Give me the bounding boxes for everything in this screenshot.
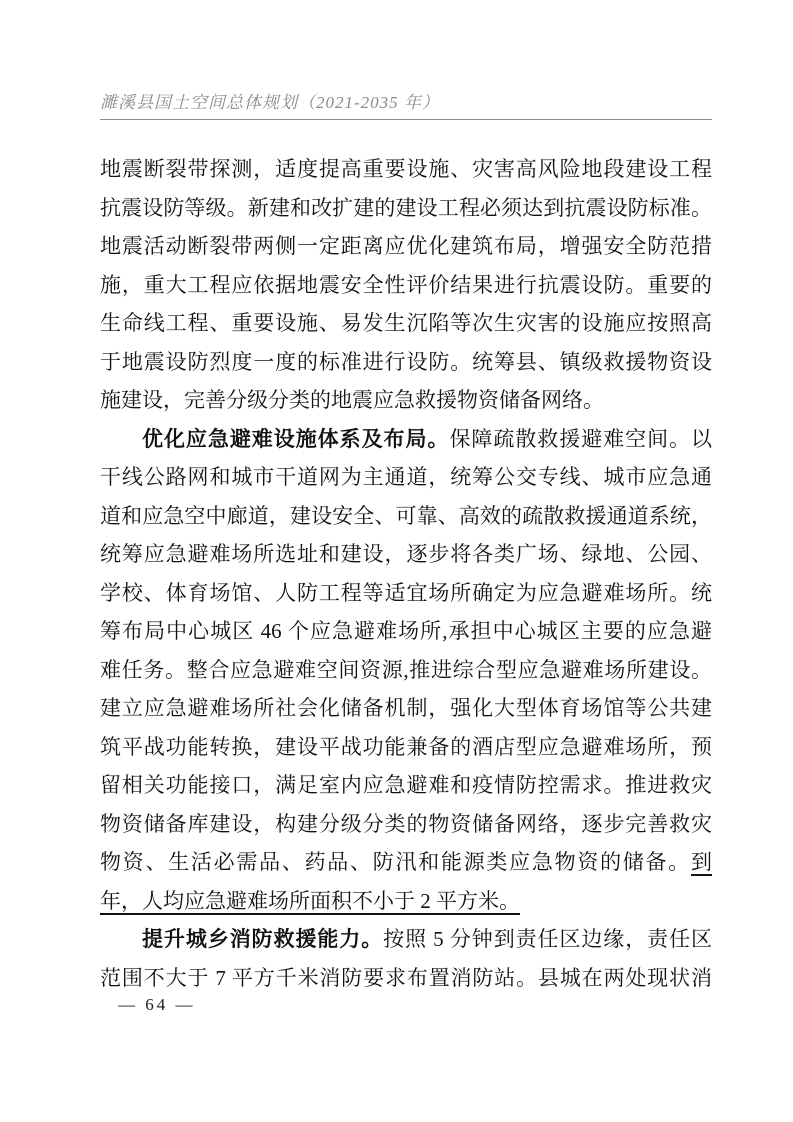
text-line: 年，人均应急避难场所面积不小于 2 平方米。 [100,882,712,921]
text-segment: 按照 5 分钟到责任区边缘，责任区 [383,927,712,951]
text-line: 生命线工程、重要设施、易发生沉陷等次生灾害的设施应按照高 [100,304,712,343]
text-segment: 筹布局中心城区 46 个应急避难场所,承担中心城区主要的应急避 [100,619,712,643]
text-segment: 抗震设防等级。新建和改扩建的建设工程必须达到抗震设防标准。 [100,196,712,220]
text-line: 施，重大工程应依据地震安全性评价结果进行抗震设防。重要的 [100,266,712,305]
page-number: — 64 — [118,995,196,1014]
text-segment: 范围不大于 7 平方千米消防要求布置消防站。县城在两处现状消 [100,966,712,990]
text-line: 优化应急避难设施体系及布局。保障疏散救援避难空间。以 [100,420,712,459]
text-line: 建立应急避难场所社会化储备机制，强化大型体育场馆等公共建 [100,689,712,728]
text-line: 地震断裂带探测，适度提高重要设施、灾害高风险地段建设工程 [100,150,712,189]
text-line: 干线公路网和城市干道网为主通道，统筹公交专线、城市应急通 [100,458,712,497]
text-line: 范围不大于 7 平方千米消防要求布置消防站。县城在两处现状消 [100,959,712,998]
header-title: 濉溪县国土空间总体规划（2021-2035 年） [100,88,712,113]
text-segment: 保障疏散救援避难空间。以 [449,427,712,451]
bold-lead-text: 提升城乡消防救援能力。 [142,927,383,951]
underlined-text: 年，人均应急避难场所面积不小于 2 平方米。 [100,889,520,913]
text-line: 留相关功能接口，满足室内应急避难和疫情防控需求。推进救灾 [100,766,712,805]
body-text: 地震断裂带探测，适度提高重要设施、灾害高风险地段建设工程抗震设防等级。新建和改扩… [100,150,712,997]
text-line: 学校、体育场馆、人防工程等适宜场所确定为应急避难场所。统 [100,574,712,613]
text-line: 提升城乡消防救援能力。按照 5 分钟到责任区边缘，责任区 [100,920,712,959]
text-line: 难任务。整合应急避难空间资源,推进综合型应急避难场所建设。 [100,651,712,690]
text-segment: 施，重大工程应依据地震安全性评价结果进行抗震设防。重要的 [100,273,712,297]
text-line: 道和应急空中廊道，建设安全、可靠、高效的疏散救援通道系统， [100,497,712,536]
text-line: 施建设，完善分级分类的地震应急救援物资储备网络。 [100,381,712,420]
text-segment: 生命线工程、重要设施、易发生沉陷等次生灾害的设施应按照高 [100,311,712,335]
text-line: 抗震设防等级。新建和改扩建的建设工程必须达到抗震设防标准。 [100,189,712,228]
text-segment: 于地震设防烈度一度的标准进行设防。统筹县、镇级救援物资设 [100,350,712,374]
page-header: 濉溪县国土空间总体规划（2021-2035 年） [100,88,712,113]
bold-lead-text: 优化应急避难设施体系及布局。 [142,427,449,451]
text-line: 物资、生活必需品、药品、防汛和能源类应急物资的储备。到 2035 [100,843,712,882]
text-segment: 地震断裂带探测，适度提高重要设施、灾害高风险地段建设工程 [100,157,712,181]
text-segment: 物资、生活必需品、药品、防汛和能源类应急物资的储备。 [100,850,691,874]
document-page: 濉溪县国土空间总体规划（2021-2035 年） 地震断裂带探测，适度提高重要设… [0,0,793,1122]
text-segment: 物资储备库建设，构建分级分类的物资储备网络，逐步完善救灾 [100,812,712,836]
text-segment: 干线公路网和城市干道网为主通道，统筹公交专线、城市应急通 [100,465,712,489]
text-segment: 学校、体育场馆、人防工程等适宜场所确定为应急避难场所。统 [100,581,712,605]
text-line: 于地震设防烈度一度的标准进行设防。统筹县、镇级救援物资设 [100,343,712,382]
text-line: 地震活动断裂带两侧一定距离应优化建筑布局，增强安全防范措 [100,227,712,266]
text-segment: 留相关功能接口，满足室内应急避难和疫情防控需求。推进救灾 [100,773,712,797]
page-footer: — 64 — [118,995,196,1015]
text-line: 物资储备库建设，构建分级分类的物资储备网络，逐步完善救灾 [100,805,712,844]
text-segment: 统筹应急避难场所选址和建设，逐步将各类广场、绿地、公园、 [100,542,712,566]
text-segment: 难任务。整合应急避难空间资源,推进综合型应急避难场所建设。 [100,658,712,682]
text-segment: 施建设，完善分级分类的地震应急救援物资储备网络。 [100,388,604,412]
text-segment: 筑平战功能转换，建设平战功能兼备的酒店型应急避难场所，预 [100,735,712,759]
text-segment: 地震活动断裂带两侧一定距离应优化建筑布局，增强安全防范措 [100,234,712,258]
text-segment: 道和应急空中廊道，建设安全、可靠、高效的疏散救援通道系统， [100,504,712,528]
text-line: 筑平战功能转换，建设平战功能兼备的酒店型应急避难场所，预 [100,728,712,767]
header-rule [100,119,712,120]
text-line: 筹布局中心城区 46 个应急避难场所,承担中心城区主要的应急避 [100,612,712,651]
text-line: 统筹应急避难场所选址和建设，逐步将各类广场、绿地、公园、 [100,535,712,574]
text-segment: 建立应急避难场所社会化储备机制，强化大型体育场馆等公共建 [100,696,712,720]
